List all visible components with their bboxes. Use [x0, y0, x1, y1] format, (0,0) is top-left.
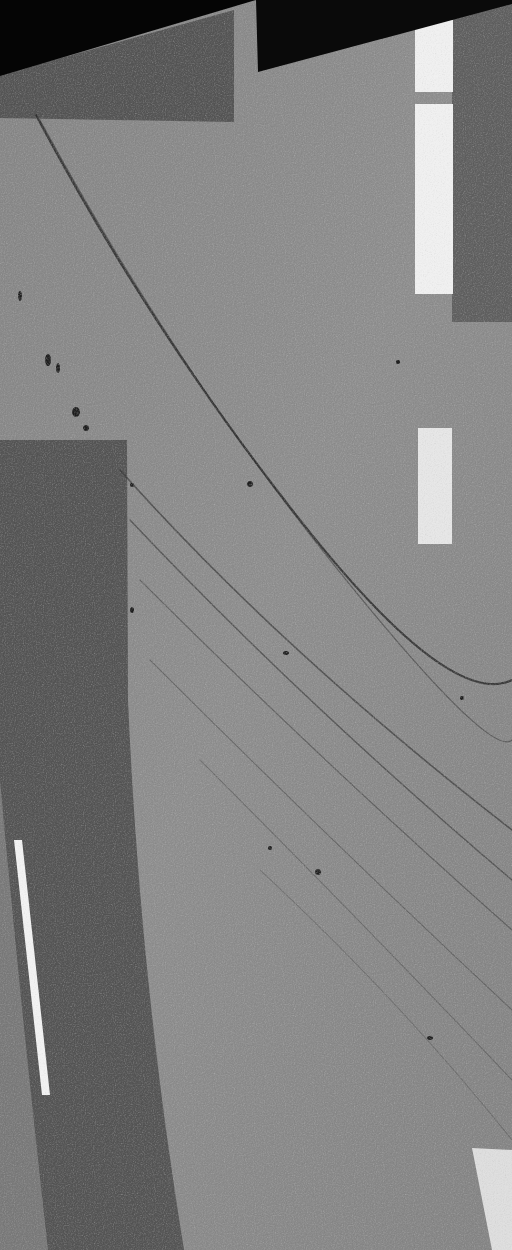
lane-dash-1: [415, 20, 453, 92]
lane-dash-3: [418, 428, 452, 544]
road-scene-svg: [0, 0, 512, 1250]
lane-dash-2: [415, 104, 453, 294]
dark-strip-right: [452, 0, 512, 322]
road-surface-image: [0, 0, 512, 1250]
